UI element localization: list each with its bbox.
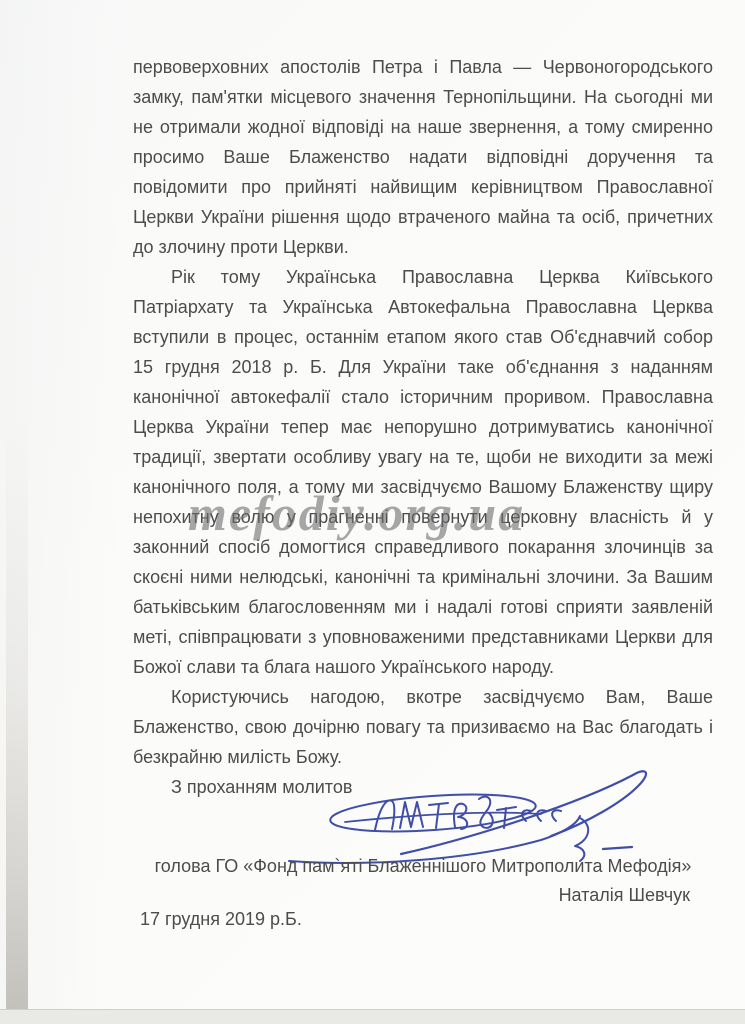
signer-name: Наталія Шевчук	[133, 885, 690, 906]
handwritten-signature	[283, 758, 658, 868]
scan-bottom-edge	[0, 1009, 745, 1024]
date-line: 17 грудня 2019 р.Б.	[140, 909, 302, 930]
scanned-letter-page: первоверховних апостолів Петра і Павла —…	[0, 0, 745, 1024]
letter-body: первоверховних апостолів Петра і Павла —…	[133, 52, 713, 802]
paragraph-unification: Рік тому Українська Православна Церква К…	[133, 262, 713, 682]
signature-ink-strokes	[283, 758, 658, 868]
organization-title-line: голова ГО «Фонд пам`яті Блаженнішого Мит…	[133, 856, 713, 877]
paragraph-continuation: первоверховних апостолів Петра і Павла —…	[133, 52, 713, 262]
scan-edge-shadow	[6, 420, 28, 1012]
